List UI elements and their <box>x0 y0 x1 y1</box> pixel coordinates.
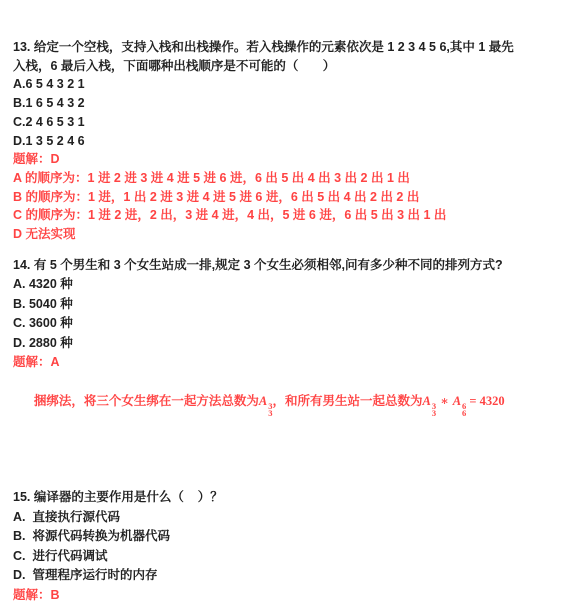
question-15-answer-label: 题解：B <box>13 586 552 606</box>
question-14-option-c: C. 3600 种 <box>13 314 552 334</box>
permutation-term-2: A33 <box>422 394 436 408</box>
question-14-title: 14. 有 5 个男生和 3 个女生站成一排,规定 3 个女生必须相邻,问有多少… <box>13 256 552 276</box>
document-page: 13. 给定一个空栈，支持入栈和出栈操作。若入栈操作的元素依次是 1 2 3 4… <box>0 0 562 614</box>
question-15-option-c: C. 进行代码调试 <box>13 547 552 567</box>
permutation-term-3: A66 <box>453 394 467 408</box>
question-13-option-b: B.1 6 5 4 3 2 <box>13 94 552 113</box>
permutation-term-1: A33 <box>259 394 273 408</box>
question-14-option-a: A. 4320 种 <box>13 275 552 295</box>
perm3-subscript: 6 <box>462 410 466 418</box>
question-13-explanation-b: B 的顺序为：1 进，1 出 2 进 3 进 4 进 5 进 6 进，6 出 5… <box>13 188 552 207</box>
question-13-explanation-d: D 无法实现 <box>13 225 552 244</box>
question-15: 15. 编译器的主要作用是什么（ ）？ A. 直接执行源代码 B. 将源代码转换… <box>13 488 552 605</box>
question-15-title: 15. 编译器的主要作用是什么（ ）？ <box>13 488 552 508</box>
question-14-explanation-formula: 捆绑法，将三个女生绑在一起方法总数为A33，和所有男生站一起总数为A33∗A66… <box>13 373 552 438</box>
question-14-answer-label: 题解：A <box>13 353 552 373</box>
question-14: 14. 有 5 个男生和 3 个女生站成一排,规定 3 个女生必须相邻,问有多少… <box>13 256 552 438</box>
question-13-title-line2: 入栈，6 最后入栈，下面哪种出栈顺序是不可能的（ ） <box>13 57 552 76</box>
question-13-option-a: A.6 5 4 3 2 1 <box>13 75 552 94</box>
question-13-option-d: D.1 3 5 2 4 6 <box>13 132 552 151</box>
question-13: 13. 给定一个空栈，支持入栈和出栈操作。若入栈操作的元素依次是 1 2 3 4… <box>13 38 552 244</box>
question-15-option-b: B. 将源代码转换为机器代码 <box>13 527 552 547</box>
question-15-option-a: A. 直接执行源代码 <box>13 508 552 528</box>
perm1-subscript: 3 <box>268 410 272 418</box>
question-14-option-b: B. 5040 种 <box>13 295 552 315</box>
question-14-option-d: D. 2880 种 <box>13 334 552 354</box>
question-13-explanation-a: A 的顺序为：1 进 2 进 3 进 4 进 5 进 6 进，6 出 5 出 4… <box>13 169 552 188</box>
formula-prefix-text: 捆绑法，将三个女生绑在一起方法总数为 <box>34 394 259 408</box>
question-13-option-c: C.2 4 6 5 3 1 <box>13 113 552 132</box>
question-15-option-d: D. 管理程序运行时的内存 <box>13 566 552 586</box>
formula-result: = 4320 <box>466 394 504 408</box>
perm2-subscript: 3 <box>432 410 436 418</box>
question-13-answer-label: 题解：D <box>13 150 552 169</box>
question-13-explanation-c: C 的顺序为：1 进 2 进，2 出，3 进 4 进，4 出，5 进 6 进，6… <box>13 206 552 225</box>
question-13-title-line1: 13. 给定一个空栈，支持入栈和出栈操作。若入栈操作的元素依次是 1 2 3 4… <box>13 38 552 57</box>
formula-mid-text: ，和所有男生站一起总数为 <box>272 394 422 408</box>
multiplication-operator: ∗ <box>440 394 449 408</box>
